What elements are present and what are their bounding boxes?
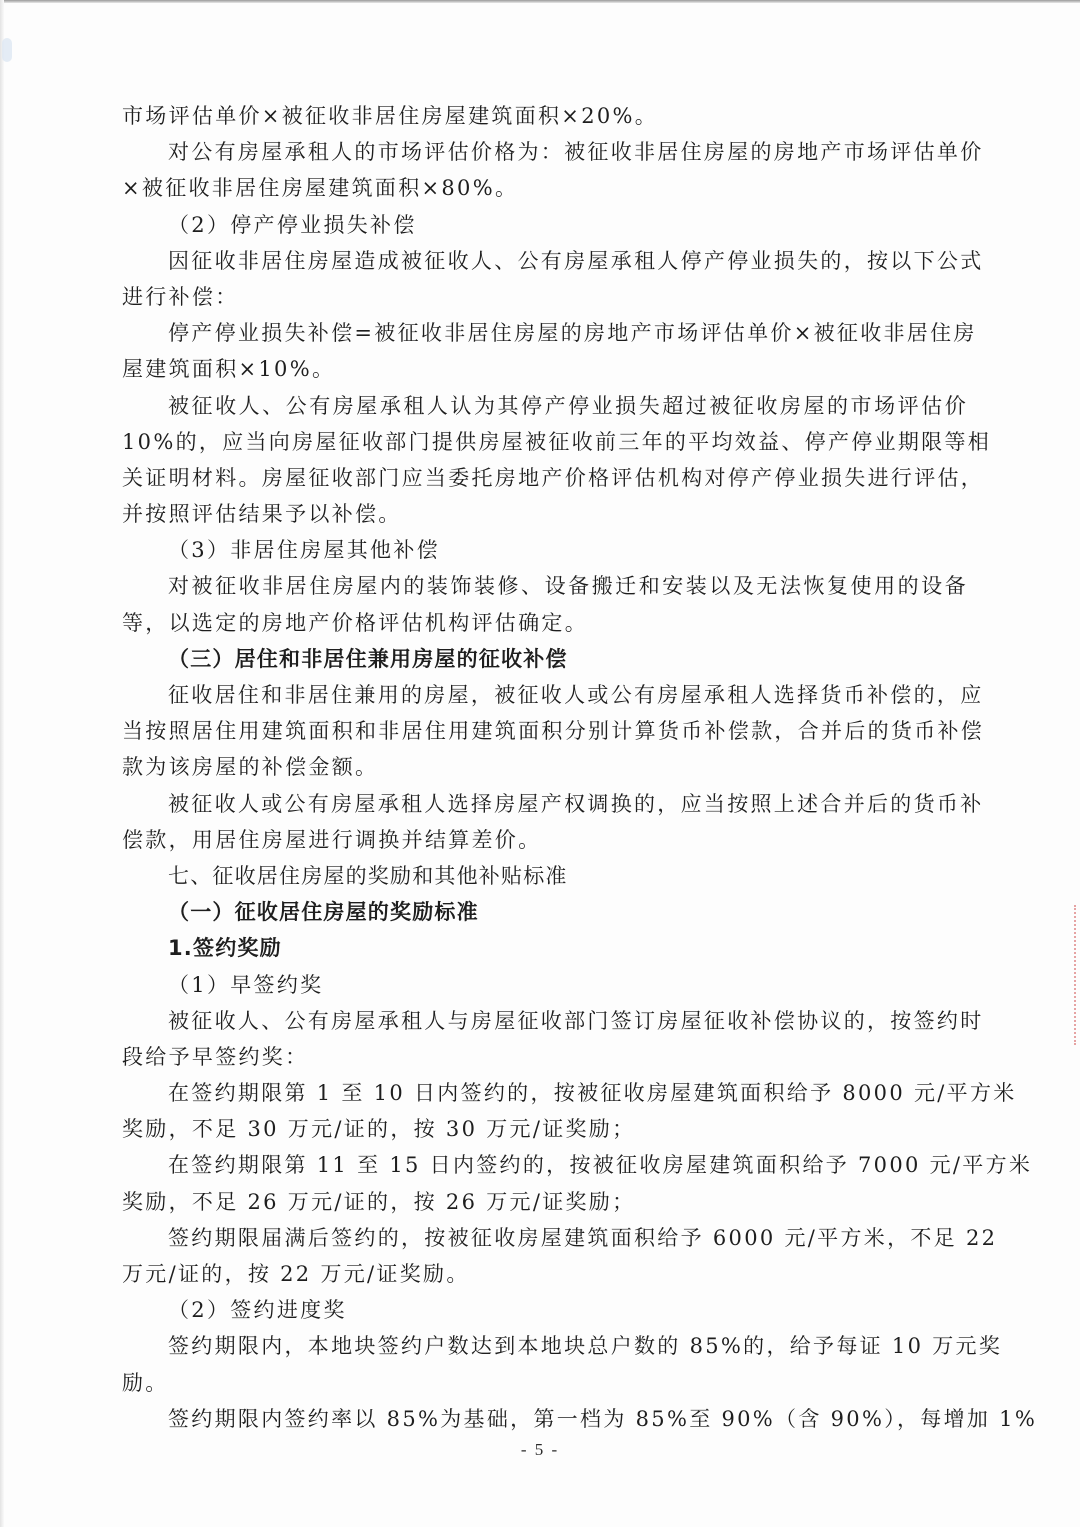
text-line: 款为该房屋的补偿金额。 xyxy=(122,749,968,785)
text-line: 段给予早签约奖： xyxy=(122,1039,968,1075)
text-line: 偿款，用居住房屋进行调换并结算差价。 xyxy=(122,822,968,858)
text-line: （1）早签约奖 xyxy=(122,967,968,1003)
text-line: （2）停产停业损失补偿 xyxy=(122,207,968,243)
text-line: 停产停业损失补偿=被征收非居住房屋的房地产市场评估单价×被征收非居住房 xyxy=(122,315,968,351)
text-line: 奖励，不足 30 万元/证的，按 30 万元/证奖励； xyxy=(122,1111,968,1147)
text-line: ×被征收非居住房屋建筑面积×80%。 xyxy=(122,170,968,206)
text-line: 进行补偿： xyxy=(122,279,968,315)
text-line: 当按照居住用建筑面积和非居住用建筑面积分别计算货币补偿款，合并后的货币补偿 xyxy=(122,713,968,749)
text-line: 关证明材料。房屋征收部门应当委托房地产价格评估机构对停产停业损失进行评估， xyxy=(122,460,968,496)
text-line: 对被征收非居住房屋内的装饰装修、设备搬迁和安装以及无法恢复使用的设备 xyxy=(122,568,968,604)
text-line: 10%的，应当向房屋征收部门提供房屋被征收前三年的平均效益、停产停业期限等相 xyxy=(122,424,968,460)
scan-left-edge xyxy=(0,0,4,1527)
page-number: - 5 - xyxy=(0,1440,1080,1460)
text-line: 励。 xyxy=(122,1365,968,1401)
text-line: 签约期限内，本地块签约户数达到本地块总户数的 85%的，给予每证 10 万元奖 xyxy=(122,1328,968,1364)
text-line: 被征收人或公有房屋承租人选择房屋产权调换的，应当按照上述合并后的货币补 xyxy=(122,786,968,822)
text-line: 因征收非居住房屋造成被征收人、公有房屋承租人停产停业损失的，按以下公式 xyxy=(122,243,968,279)
text-line: 万元/证的，按 22 万元/证奖励。 xyxy=(122,1256,968,1292)
text-line: 等，以选定的房地产价格评估机构评估确定。 xyxy=(122,605,968,641)
text-line: （3）非居住房屋其他补偿 xyxy=(122,532,968,568)
text-line: 在签约期限第 11 至 15 日内签约的，按被征收房屋建筑面积给予 7000 元… xyxy=(122,1147,968,1183)
text-line: 被征收人、公有房屋承租人认为其停产停业损失超过被征收房屋的市场评估价 xyxy=(122,388,968,424)
text-line: 在签约期限第 1 至 10 日内签约的，按被征收房屋建筑面积给予 8000 元/… xyxy=(122,1075,968,1111)
text-line: 屋建筑面积×10%。 xyxy=(122,351,968,387)
scan-smudge xyxy=(2,38,12,62)
heading-line: （一）征收居住房屋的奖励标准 xyxy=(122,894,968,930)
text-line: 对公有房屋承租人的市场评估价格为：被征收非居住房屋的房地产市场评估单价 xyxy=(122,134,968,170)
seal-stamp-edge xyxy=(1074,905,1079,1045)
document-page: 市场评估单价×被征收非居住房屋建筑面积×20%。对公有房屋承租人的市场评估价格为… xyxy=(0,0,1080,1527)
text-line: 被征收人、公有房屋承租人与房屋征收部门签订房屋征收补偿协议的，按签约时 xyxy=(122,1003,968,1039)
scan-top-edge xyxy=(0,0,1080,3)
heading-line: 1.签约奖励 xyxy=(122,930,968,966)
text-line: 市场评估单价×被征收非居住房屋建筑面积×20%。 xyxy=(122,98,968,134)
heading-line: 七、征收居住房屋的奖励和其他补贴标准 xyxy=(122,858,968,894)
text-line: （2）签约进度奖 xyxy=(122,1292,968,1328)
document-body: 市场评估单价×被征收非居住房屋建筑面积×20%。对公有房屋承租人的市场评估价格为… xyxy=(122,98,968,1437)
text-line: 签约期限届满后签约的，按被征收房屋建筑面积给予 6000 元/平方米，不足 22 xyxy=(122,1220,968,1256)
text-line: 签约期限内签约率以 85%为基础，第一档为 85%至 90%（含 90%），每增… xyxy=(122,1401,968,1437)
text-line: 并按照评估结果予以补偿。 xyxy=(122,496,968,532)
heading-line: （三）居住和非居住兼用房屋的征收补偿 xyxy=(122,641,968,677)
text-line: 征收居住和非居住兼用的房屋，被征收人或公有房屋承租人选择货币补偿的，应 xyxy=(122,677,968,713)
text-line: 奖励，不足 26 万元/证的，按 26 万元/证奖励； xyxy=(122,1184,968,1220)
